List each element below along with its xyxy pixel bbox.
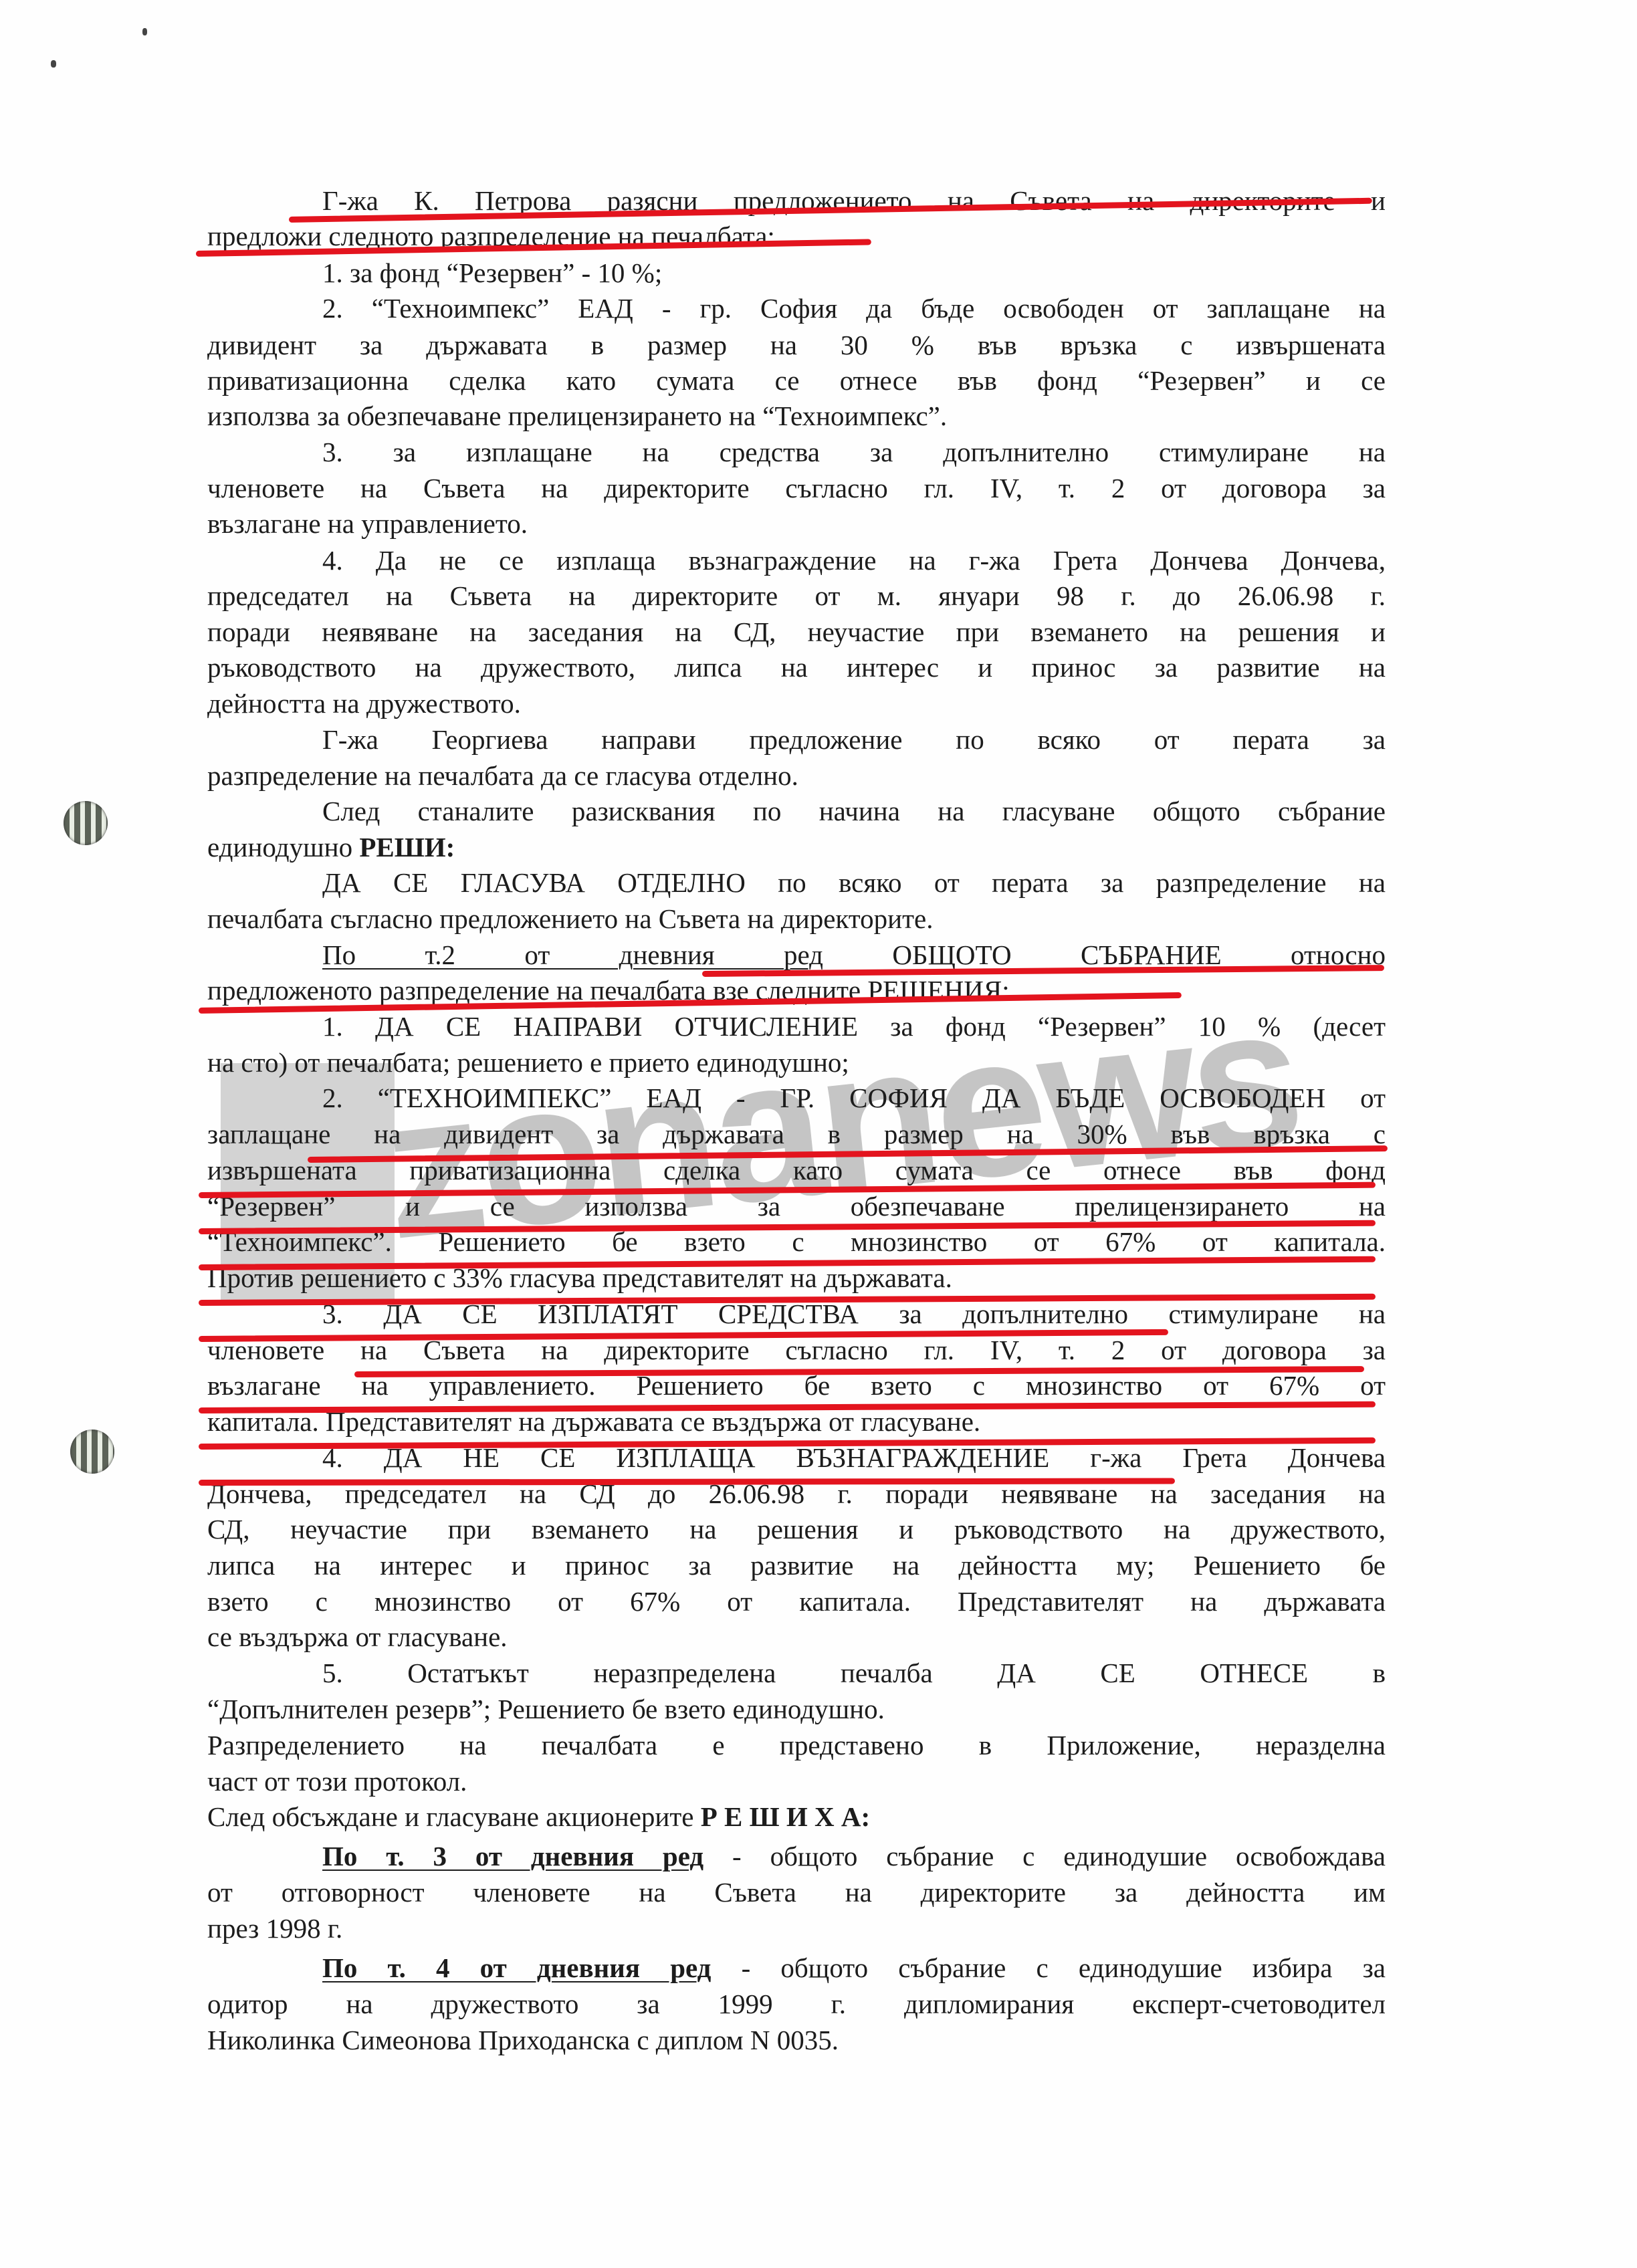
line-text: Г-жа Георгиева направи предложение по вс… (322, 724, 1386, 755)
text-line: дейността на дружеството. (207, 685, 1386, 722)
text-line: възлагане на управлението. (207, 505, 1386, 542)
text-line: 5. Остатъкът неразпределена печалба ДА С… (207, 1654, 1386, 1692)
text-line: от отговорност членовете на Съвета на ди… (207, 1874, 1386, 1911)
line-text: дивидент за държавата в размер на 30 % в… (207, 330, 1386, 360)
text-line: По т. 4 от дневния ред - общото събрание… (207, 1949, 1386, 1987)
text-line: 2. “Техноимпекс” ЕАД - гр. София да бъде… (207, 290, 1386, 327)
text-line: поради неявяване на заседания на СД, неу… (207, 613, 1386, 651)
text-line: през 1998 г. (207, 1910, 1386, 1947)
text-line: липса на интерес и принос за развитие на… (207, 1547, 1386, 1584)
line-text: 4. Да не се изплаща възнаграждение на г-… (322, 545, 1386, 576)
line-text: 2. “Техноимпекс” ЕАД - гр. София да бъде… (322, 293, 1386, 324)
text-line: 1. ДА СЕ НАПРАВИ ОТЧИСЛЕНИЕ за фонд “Рез… (207, 1008, 1386, 1045)
line-text: се въздържа от гласуване. (207, 1621, 508, 1652)
line-text: - общото събрание с единодушие освобожда… (703, 1841, 1386, 1872)
emphasized-text: По т. 4 от дневния ред (322, 1952, 711, 1983)
text-line: ръководството на дружеството, липса на и… (207, 649, 1386, 686)
text-line: 4. Да не се изплаща възнаграждение на г-… (207, 542, 1386, 579)
text-line: се въздържа от гласуване. (207, 1618, 1386, 1656)
line-text: възлагане на управлението. (207, 508, 528, 539)
text-line: По т. 3 от дневния ред - общото събрание… (207, 1837, 1386, 1875)
line-text: председател на Съвета на директорите от … (207, 580, 1386, 611)
text-line: 2. “ТЕХНОИМПЕКС” ЕАД - ГР. СОФИЯ ДА БЪДЕ… (207, 1079, 1386, 1117)
line-text: 1. за фонд “Резервен” - 10 %; (322, 257, 662, 288)
emphasized-text: Р Е Ш И Х А: (701, 1801, 870, 1832)
line-text: на сто) от печалбата; решението е прието… (207, 1047, 849, 1078)
line-text: от отговорност членовете на Съвета на ди… (207, 1877, 1386, 1908)
line-text: печалбата съгласно предложението на Съве… (207, 903, 933, 934)
line-text: приватизационна сделка като сумата се от… (207, 365, 1386, 396)
line-text: Разпределението на печалбата е представе… (207, 1730, 1386, 1761)
line-text: 1. ДА СЕ НАПРАВИ ОТЧИСЛЕНИЕ за фонд “Рез… (322, 1011, 1386, 1042)
line-text: ДА СЕ ГЛАСУВА ОТДЕЛНО по всяко от перата… (322, 867, 1386, 898)
line-text: членовете на Съвета на директорите съгла… (207, 473, 1386, 503)
text-line: Разпределението на печалбата е представе… (207, 1726, 1386, 1764)
text-line: СД, неучастие при вземането на решения и… (207, 1510, 1386, 1548)
line-text: през 1998 г. (207, 1913, 342, 1944)
line-text: ръководството на дружеството, липса на и… (207, 652, 1386, 683)
line-text: част от този протокол. (207, 1766, 467, 1797)
text-line: 1. за фонд “Резервен” - 10 %; (207, 254, 1386, 292)
scan-speck (51, 60, 56, 68)
line-text: След обсъждане и гласуване акционерите (207, 1801, 701, 1832)
text-line: взето с мнозинство от 67% от капитала. П… (207, 1583, 1386, 1620)
text-line: Г-жа Георгиева направи предложение по вс… (207, 721, 1386, 758)
text-line: използва за обезпечаване прелицензиранет… (207, 397, 1386, 435)
scanned-document-page: zonanews Г-жа К. Петрова разясни предлож… (0, 0, 1637, 2268)
line-text: поради неявяване на заседания на СД, неу… (207, 616, 1386, 647)
punch-hole-icon (70, 1430, 114, 1474)
emphasized-text: По т. 3 от дневния ред (322, 1841, 703, 1872)
line-text: 5. Остатъкът неразпределена печалба ДА С… (322, 1658, 1386, 1688)
line-text: 2. “ТЕХНОИМПЕКС” ЕАД - ГР. СОФИЯ ДА БЪДЕ… (322, 1083, 1386, 1113)
text-line: След станалите разисквания по начина на … (207, 792, 1386, 830)
line-text: - общото събрание с единодушие избира за (711, 1952, 1386, 1983)
line-text: заплащане на дивидент за държавата в раз… (207, 1119, 1386, 1149)
punch-hole-icon (64, 801, 108, 845)
line-text: липса на интерес и принос за развитие на… (207, 1550, 1386, 1581)
line-text: дейността на дружеството. (207, 688, 521, 719)
emphasized-text: По т.2 от дневния ред (322, 939, 823, 970)
text-line: на сто) от печалбата; решението е прието… (207, 1044, 1386, 1081)
text-line: дивидент за държавата в размер на 30 % в… (207, 326, 1386, 364)
text-line: част от този протокол. (207, 1763, 1386, 1800)
line-text: След станалите разисквания по начина на … (322, 796, 1386, 826)
text-line: одитор на дружеството за 1999 г. дипломи… (207, 1985, 1386, 2023)
line-text: “Допълнителен резерв”; Решението бе взет… (207, 1694, 885, 1724)
text-line: разпределение на печалбата да се гласува… (207, 757, 1386, 794)
line-text: СД, неучастие при вземането на решения и… (207, 1514, 1386, 1545)
text-line: печалбата съгласно предложението на Съве… (207, 900, 1386, 937)
text-line: членовете на Съвета на директорите съгла… (207, 469, 1386, 507)
text-line: приватизационна сделка като сумата се от… (207, 362, 1386, 399)
text-line: единодушно РЕШИ: (207, 828, 1386, 866)
text-line: Николинка Симеонова Приходанска с диплом… (207, 2021, 1386, 2059)
text-line: ДА СЕ ГЛАСУВА ОТДЕЛНО по всяко от перата… (207, 864, 1386, 901)
emphasized-text: РЕШИ: (359, 832, 455, 863)
text-line: председател на Съвета на директорите от … (207, 577, 1386, 614)
line-text: Николинка Симеонова Приходанска с диплом… (207, 2025, 839, 2055)
text-line: 3. за изплащане на средства за допълните… (207, 433, 1386, 471)
text-line: След обсъждане и гласуване акционерите Р… (207, 1798, 1386, 1835)
line-text: разпределение на печалбата да се гласува… (207, 760, 798, 791)
line-text: взето с мнозинство от 67% от капитала. П… (207, 1586, 1386, 1617)
text-line: “Допълнителен резерв”; Решението бе взет… (207, 1690, 1386, 1728)
line-text: одитор на дружеството за 1999 г. дипломи… (207, 1989, 1386, 2019)
line-text: единодушно (207, 832, 359, 863)
scan-speck (142, 28, 147, 35)
line-text: 3. за изплащане на средства за допълните… (322, 437, 1386, 467)
line-text: използва за обезпечаване прелицензиранет… (207, 401, 947, 431)
